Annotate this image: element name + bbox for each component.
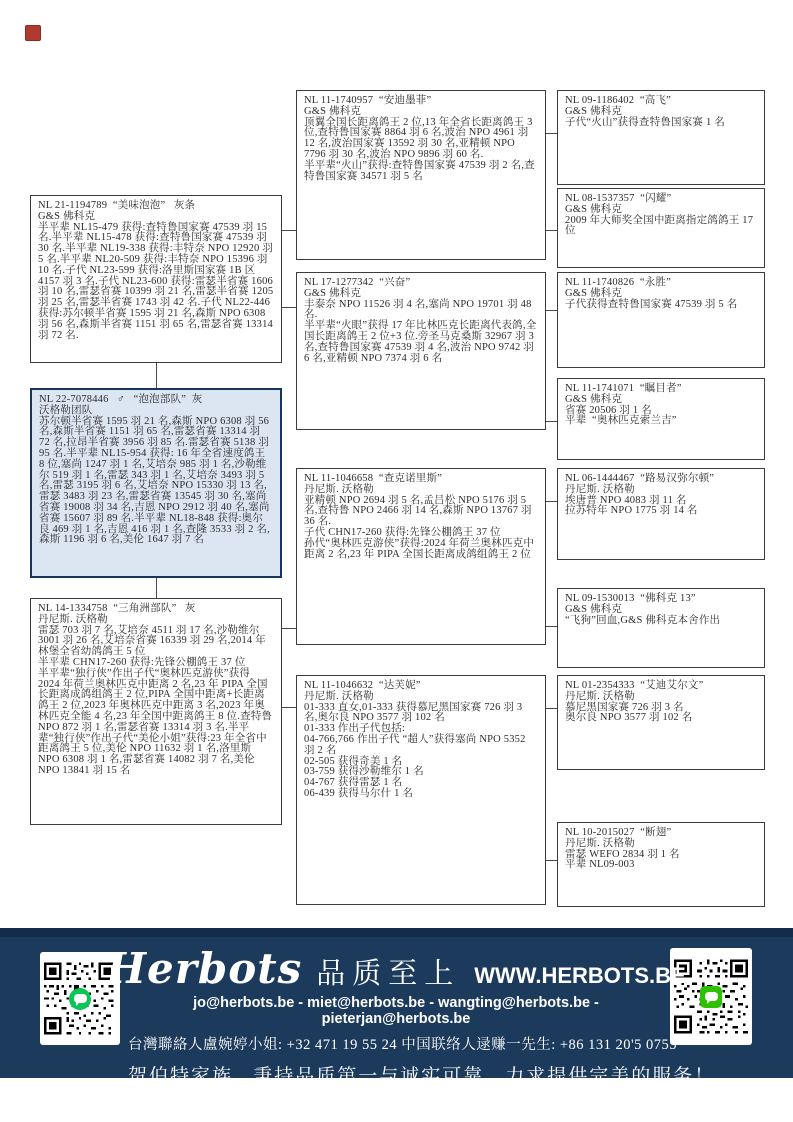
breeder-name: 丹尼斯. 沃格勒 [304,485,538,496]
pedigree-connector [546,230,557,231]
wechat-app-icon [700,986,722,1008]
pedigree-box-sire: NL 21-1194789 “美味泡泡” 灰条 G&S 佛科克 半平辈 NL15… [30,195,282,363]
breeder-name: 丹尼斯. 沃格勒 [38,615,274,626]
results-text: 雷瑟 WEFO 2834 羽 1 名 平辈 NL09-003 [565,850,757,872]
pedigree-connector [156,363,157,388]
pedigree-box-grandsire-1: NL 11-1740957 “安迪墨菲” G&S 佛科克 顶翼全国长距离鸽王 2… [296,90,546,260]
breeder-name: G&S 佛科克 [565,205,757,216]
pedigree-connector [546,421,557,422]
pedigree-box-ggp-8: NL 10-2015027 “断翅” 丹尼斯. 沃格勒 雷瑟 WEFO 2834… [557,822,765,907]
breeder-name: G&S 佛科克 [304,289,538,300]
pedigree-box-ggp-1: NL 09-1186402 “高飞” G&S 佛科克 子代“火山”获得查特鲁国家… [557,90,765,185]
contact-emails: jo@herbots.be - miet@herbots.be - wangti… [128,995,664,1027]
breeder-name: G&S 佛科克 [565,395,757,406]
contact-phones: 台灣聯絡人盧婉婷小姐: +32 471 19 55 24 中国联络人逯赚一先生:… [128,1033,664,1054]
breeder-name: G&S 佛科克 [565,289,757,300]
breeder-name: 丹尼斯. 沃格勒 [565,839,757,850]
results-text: 2009 年大师奖全国中距离指定鸽鸽王 17 位 [565,216,757,238]
pedigree-box-dam: NL 14-1334758 “三角洲部队” 灰 丹尼斯. 沃格勒 雷瑟 703 … [30,598,282,825]
pedigree-box-ggp-6: NL 09-1530013 “佛科克 13” G&S 佛科克 “飞狗”回血,G&… [557,588,765,668]
pedigree-connector [282,707,296,708]
pedigree-box-ggp-7: NL 01-2354333 “艾迪艾尔文” 丹尼斯. 沃格勒 慕尼黑国家赛 72… [557,675,765,770]
results-text: 丰泰奈 NPO 11526 羽 4 名,塞尚 NPO 19701 羽 48 名.… [304,300,538,365]
line-app-icon [69,988,91,1010]
pedigree-connector [546,501,557,502]
results-text: 埃唐普 NPO 4083 羽 11 名 拉苏特年 NPO 1775 羽 14 名 [565,496,757,518]
pedigree-connector [546,626,557,627]
breeder-name: 丹尼斯. 沃格勒 [304,692,538,703]
footer-top-strip [0,928,793,937]
footer-content: Herbots 品质至上 WWW.HERBOTS.BE jo@herbots.b… [128,946,664,1088]
breeder-name: G&S 佛科克 [565,605,757,616]
results-text: 子代“火山”获得查特鲁国家赛 1 名 [565,118,757,129]
breeder-name: G&S 佛科克 [38,212,274,223]
breeder-name: 丹尼斯. 沃格勒 [565,692,757,703]
pedigree-connector [546,860,557,861]
pedigree-box-ggp-4: NL 11-1741071 “瞩目者” G&S 佛科克 省赛 20506 羽 1… [557,378,765,460]
herbots-logo: Herbots [106,946,302,992]
pedigree-connector [282,307,296,308]
results-text: 省赛 20506 羽 1 名 平辈 “奥林匹克索兰吉” [565,406,757,428]
pedigree-connector [282,628,296,629]
pedigree-box-subject: NL 22-7078446 ♂ “泡泡部队” 灰 沃格勒团队 苏尔顿半省赛 15… [30,388,282,578]
pedigree-connector [282,230,296,231]
brand-tagline: 品质至上 [316,951,460,992]
breeder-name: 沃格勒团队 [39,406,273,417]
pedigree-connector [546,310,557,311]
footer-slogan: 贺伯特家族...秉持品质第一与诚实可靠，力求提供完美的服务！ [128,1061,664,1088]
results-text: 雷瑟 703 羽 7 名,艾培奈 4511 羽 17 名,沙勒维尔 3001 羽… [38,626,274,777]
results-text: “飞狗”回血,G&S 佛科克本舍作出 [565,616,757,627]
results-text: 子代获得查特鲁国家赛 47539 羽 5 名 [565,300,757,311]
breeder-name: G&S 佛科克 [304,107,538,118]
pedigree-box-ggp-2: NL 08-1537357 “闪耀” G&S 佛科克 2009 年大师奖全国中距… [557,188,765,268]
pedigree-connector [546,133,557,134]
results-text: 亚精顿 NPO 2694 羽 5 名,孟吕松 NPO 5176 羽 5 名,查特… [304,496,538,561]
results-text: 半平辈 NL15-479 获得:查特鲁国家赛 47539 羽 15 名.半平辈 … [38,223,274,342]
image-placeholder-icon [25,25,41,41]
pedigree-box-ggp-3: NL 11-1740826 “永胜” G&S 佛科克 子代获得查特鲁国家赛 47… [557,272,765,368]
pedigree-box-ggp-5: NL 06-1444467 “路易汉弥尔顿” 丹尼斯. 沃格勒 埃唐普 NPO … [557,468,765,560]
breeder-name: G&S 佛科克 [565,107,757,118]
pedigree-box-granddam-1: NL 17-1277342 “兴奋” G&S 佛科克 丰泰奈 NPO 11526… [296,272,546,430]
pedigree-connector [546,708,557,709]
pedigree-box-granddam-2: NL 11-1046632 “达芙妮” 丹尼斯. 沃格勒 01-333 直女,0… [296,675,546,905]
results-text: 慕尼黑国家赛 726 羽 3 名 奥尔良 NPO 3577 羽 102 名 [565,703,757,725]
results-text: 01-333 直女,01-333 获得慕尼黑国家赛 726 羽 3 名,奥尔良 … [304,703,538,800]
pedigree-box-grandsire-2: NL 11-1046658 “查克诺里斯” 丹尼斯. 沃格勒 亚精顿 NPO 2… [296,468,546,645]
breeder-name: 丹尼斯. 沃格勒 [565,485,757,496]
website-url: WWW.HERBOTS.BE [474,963,685,989]
brand-row: Herbots 品质至上 WWW.HERBOTS.BE [128,946,664,992]
results-text: 顶翼全国长距离鸽王 2 位,13 年全省长距离鸽王 3 位,查特鲁国家赛 886… [304,118,538,183]
results-text: 苏尔顿半省赛 1595 羽 21 名,森斯 NPO 6308 羽 56 名,森斯… [39,417,273,547]
pedigree-connector [156,578,157,598]
